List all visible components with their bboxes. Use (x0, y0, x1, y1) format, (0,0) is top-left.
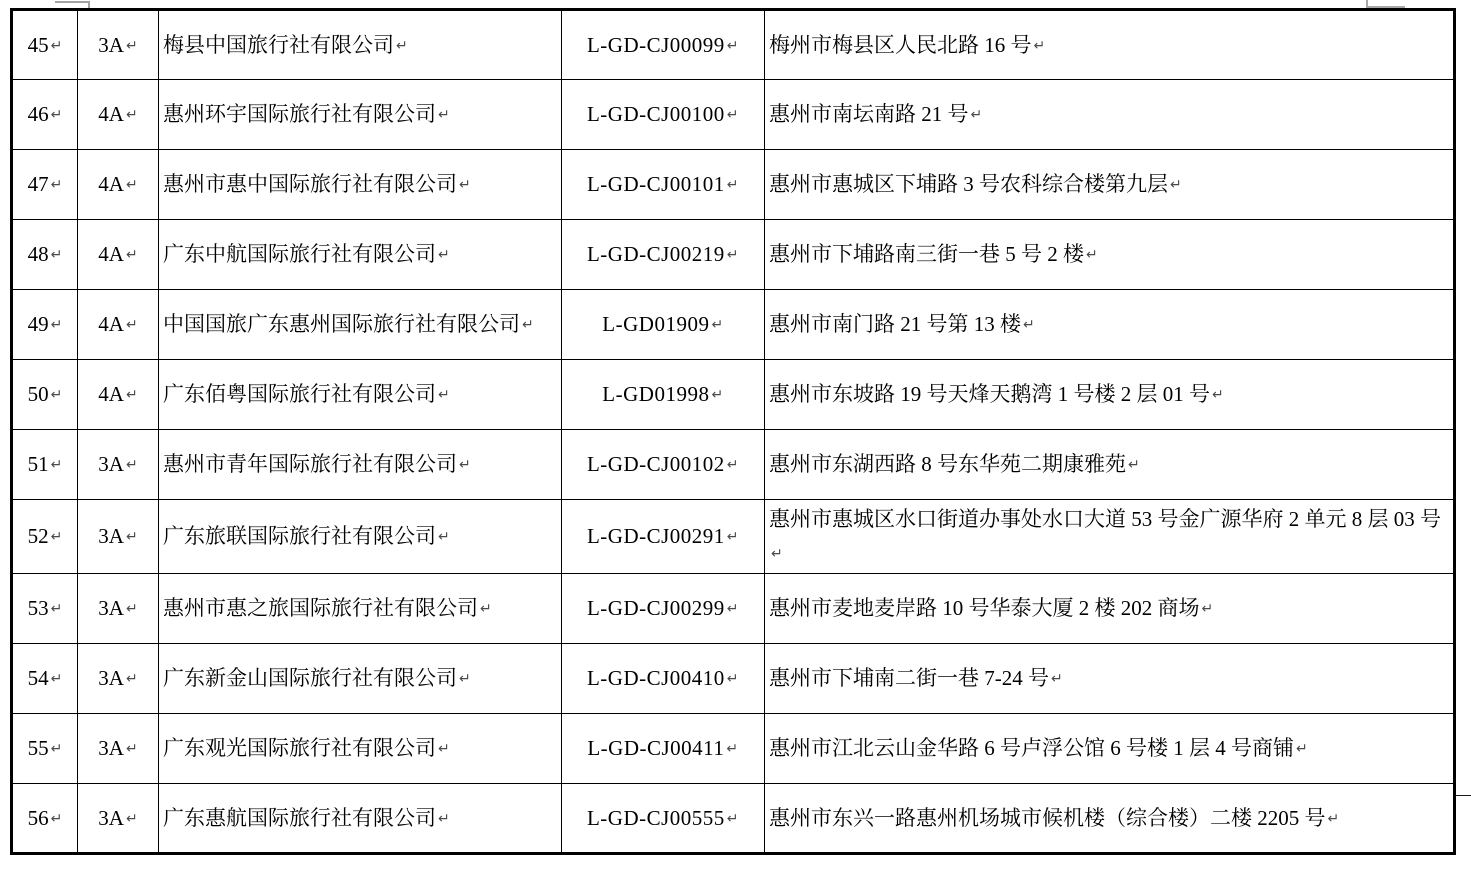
license-code-text: L-GD-CJ00100 (587, 102, 725, 126)
paragraph-mark-icon: ↵ (51, 529, 63, 545)
table-row: 56↵ 3A↵ 广东惠航国际旅行社有限公司↵ L-GD-CJ00555↵ 惠州市… (12, 784, 1455, 854)
cell-agency-name[interactable]: 广东佰粤国际旅行社有限公司↵ (159, 360, 562, 430)
paragraph-mark-icon: ↵ (51, 741, 63, 757)
paragraph-mark-icon: ↵ (126, 177, 138, 193)
cell-address[interactable]: 惠州市江北云山金华路 6 号卢浮公馆 6 号楼 1 层 4 号商铺↵ (765, 714, 1455, 784)
cell-agency-name[interactable]: 梅县中国旅行社有限公司↵ (159, 10, 562, 80)
cutoff-artifact-right (1366, 0, 1405, 8)
paragraph-mark-icon: ↵ (51, 317, 63, 333)
cell-agency-name[interactable]: 惠州市青年国际旅行社有限公司↵ (159, 430, 562, 500)
paragraph-mark-icon: ↵ (480, 601, 492, 617)
cell-agency-name[interactable]: 广东旅联国际旅行社有限公司↵ (159, 500, 562, 574)
cell-row-number[interactable]: 49↵ (12, 290, 78, 360)
row-number-text: 52 (28, 524, 49, 548)
cell-grade[interactable]: 3A↵ (78, 574, 159, 644)
paragraph-mark-icon: ↵ (126, 671, 138, 687)
cell-agency-name[interactable]: 广东惠航国际旅行社有限公司↵ (159, 784, 562, 854)
paragraph-mark-icon: ↵ (396, 38, 408, 54)
agency-name-text: 惠州市青年国际旅行社有限公司 (163, 452, 457, 476)
cell-row-number[interactable]: 48↵ (12, 220, 78, 290)
table-row: 55↵ 3A↵ 广东观光国际旅行社有限公司↵ L-GD-CJ00411↵ 惠州市… (12, 714, 1455, 784)
paragraph-mark-icon: ↵ (126, 38, 138, 54)
paragraph-mark-icon: ↵ (438, 741, 450, 757)
grade-text: 3A (98, 596, 124, 620)
license-code-text: L-GD01909 (602, 312, 709, 336)
cell-license-code[interactable]: L-GD-CJ00410↵ (562, 644, 765, 714)
cell-row-number[interactable]: 55↵ (12, 714, 78, 784)
agency-name-text: 广东惠航国际旅行社有限公司 (163, 806, 436, 830)
cell-address[interactable]: 惠州市麦地麦岸路 10 号华泰大厦 2 楼 202 商场↵ (765, 574, 1455, 644)
paragraph-mark-icon: ↵ (711, 317, 723, 333)
license-code-text: L-GD-CJ00102 (587, 452, 725, 476)
paragraph-mark-icon: ↵ (727, 107, 739, 123)
address-text: 惠州市下埔路南三街一巷 5 号 2 楼 (769, 242, 1084, 266)
address-text: 梅州市梅县区人民北路 16 号 (769, 33, 1032, 57)
cell-license-code[interactable]: L-GD-CJ00101↵ (562, 150, 765, 220)
cell-agency-name[interactable]: 广东中航国际旅行社有限公司↵ (159, 220, 562, 290)
grade-text: 4A (98, 102, 124, 126)
paragraph-mark-icon: ↵ (1202, 601, 1214, 617)
cell-agency-name[interactable]: 广东观光国际旅行社有限公司↵ (159, 714, 562, 784)
table-row: 53↵ 3A↵ 惠州市惠之旅国际旅行社有限公司↵ L-GD-CJ00299↵ 惠… (12, 574, 1455, 644)
table-row: 52↵ 3A↵ 广东旅联国际旅行社有限公司↵ L-GD-CJ00291↵ 惠州市… (12, 500, 1455, 574)
grade-text: 3A (98, 736, 124, 760)
address-text: 惠州市南坛南路 21 号 (769, 102, 969, 126)
cell-agency-name[interactable]: 广东新金山国际旅行社有限公司↵ (159, 644, 562, 714)
paragraph-mark-icon: ↵ (727, 177, 739, 193)
travel-agency-table: 45↵ 3A↵ 梅县中国旅行社有限公司↵ L-GD-CJ00099↵ 梅州市梅县… (10, 8, 1456, 855)
cell-license-code[interactable]: L-GD-CJ00099↵ (562, 10, 765, 80)
paragraph-mark-icon: ↵ (1051, 671, 1063, 687)
paragraph-mark-icon: ↵ (438, 529, 450, 545)
paragraph-mark-icon: ↵ (522, 317, 534, 333)
paragraph-mark-icon: ↵ (1023, 317, 1035, 333)
gridline-overshoot-artifact (1455, 795, 1471, 796)
paragraph-mark-icon: ↵ (126, 317, 138, 333)
paragraph-mark-icon: ↵ (51, 177, 63, 193)
address-text: 惠州市南门路 21 号第 13 楼 (769, 312, 1021, 336)
agency-name-text: 广东中航国际旅行社有限公司 (163, 242, 436, 266)
row-number-text: 56 (28, 806, 49, 830)
paragraph-mark-icon: ↵ (1328, 811, 1340, 827)
address-text: 惠州市下埔南二街一巷 7-24 号 (769, 666, 1049, 690)
cell-grade[interactable]: 4A↵ (78, 80, 159, 150)
paragraph-mark-icon: ↵ (771, 546, 783, 562)
cell-row-number[interactable]: 45↵ (12, 10, 78, 80)
paragraph-mark-icon: ↵ (51, 387, 63, 403)
address-text: 惠州市东兴一路惠州机场城市候机楼（综合楼）二楼 2205 号 (769, 806, 1326, 830)
cell-agency-name[interactable]: 惠州市惠中国际旅行社有限公司↵ (159, 150, 562, 220)
paragraph-mark-icon: ↵ (459, 177, 471, 193)
table-row: 47↵ 4A↵ 惠州市惠中国际旅行社有限公司↵ L-GD-CJ00101↵ 惠州… (12, 150, 1455, 220)
cell-grade[interactable]: 4A↵ (78, 150, 159, 220)
cell-address[interactable]: 惠州市惠城区水口街道办事处水口大道 53 号金广源华府 2 单元 8 层 03 … (765, 500, 1455, 574)
cell-license-code[interactable]: L-GD-CJ00219↵ (562, 220, 765, 290)
paragraph-mark-icon: ↵ (126, 107, 138, 123)
license-code-text: L-GD-CJ00291 (587, 524, 725, 548)
agency-name-text: 惠州市惠之旅国际旅行社有限公司 (163, 596, 478, 620)
paragraph-mark-icon: ↵ (727, 671, 739, 687)
agency-name-text: 广东旅联国际旅行社有限公司 (163, 524, 436, 548)
license-code-text: L-GD-CJ00555 (587, 806, 725, 830)
cell-license-code[interactable]: L-GD01998↵ (562, 360, 765, 430)
cell-grade[interactable]: 3A↵ (78, 714, 159, 784)
cell-license-code[interactable]: L-GD-CJ00411↵ (562, 714, 765, 784)
cell-row-number[interactable]: 50↵ (12, 360, 78, 430)
paragraph-mark-icon: ↵ (126, 811, 138, 827)
paragraph-mark-icon: ↵ (126, 247, 138, 263)
row-number-text: 53 (28, 596, 49, 620)
license-code-text: L-GD-CJ00219 (587, 242, 725, 266)
cell-address[interactable]: 惠州市南坛南路 21 号↵ (765, 80, 1455, 150)
cell-grade[interactable]: 4A↵ (78, 290, 159, 360)
cell-row-number[interactable]: 54↵ (12, 644, 78, 714)
table-row: 45↵ 3A↵ 梅县中国旅行社有限公司↵ L-GD-CJ00099↵ 梅州市梅县… (12, 10, 1455, 80)
grade-text: 3A (98, 452, 124, 476)
paragraph-mark-icon: ↵ (726, 741, 738, 757)
paragraph-mark-icon: ↵ (51, 38, 63, 54)
license-code-text: L-GD-CJ00411 (587, 736, 724, 760)
cell-row-number[interactable]: 47↵ (12, 150, 78, 220)
address-text: 惠州市惠城区下埔路 3 号农科综合楼第九层 (769, 172, 1168, 196)
cell-address[interactable]: 惠州市东兴一路惠州机场城市候机楼（综合楼）二楼 2205 号↵ (765, 784, 1455, 854)
cell-address[interactable]: 惠州市惠城区下埔路 3 号农科综合楼第九层↵ (765, 150, 1455, 220)
paragraph-mark-icon: ↵ (459, 671, 471, 687)
paragraph-mark-icon: ↵ (727, 247, 739, 263)
cell-grade[interactable]: 3A↵ (78, 500, 159, 574)
address-text: 惠州市惠城区水口街道办事处水口大道 53 号金广源华府 2 单元 8 层 03 … (769, 507, 1441, 531)
grade-text: 3A (98, 666, 124, 690)
cell-address[interactable]: 惠州市下埔路南三街一巷 5 号 2 楼↵ (765, 220, 1455, 290)
paragraph-mark-icon: ↵ (438, 811, 450, 827)
paragraph-mark-icon: ↵ (51, 457, 63, 473)
paragraph-mark-icon: ↵ (1034, 38, 1046, 54)
cell-row-number[interactable]: 53↵ (12, 574, 78, 644)
paragraph-mark-icon: ↵ (459, 457, 471, 473)
cell-grade[interactable]: 3A↵ (78, 430, 159, 500)
agency-name-text: 惠州环宇国际旅行社有限公司 (163, 102, 436, 126)
paragraph-mark-icon: ↵ (727, 38, 739, 54)
paragraph-mark-icon: ↵ (727, 811, 739, 827)
license-code-text: L-GD-CJ00410 (587, 666, 725, 690)
grade-text: 4A (98, 382, 124, 406)
license-code-text: L-GD01998 (602, 382, 709, 406)
cell-row-number[interactable]: 56↵ (12, 784, 78, 854)
paragraph-mark-icon: ↵ (126, 601, 138, 617)
cell-agency-name[interactable]: 惠州市惠之旅国际旅行社有限公司↵ (159, 574, 562, 644)
paragraph-mark-icon: ↵ (126, 741, 138, 757)
cell-address[interactable]: 惠州市南门路 21 号第 13 楼↵ (765, 290, 1455, 360)
paragraph-mark-icon: ↵ (126, 529, 138, 545)
grade-text: 3A (98, 33, 124, 57)
cell-license-code[interactable]: L-GD-CJ00100↵ (562, 80, 765, 150)
grade-text: 4A (98, 172, 124, 196)
address-text: 惠州市江北云山金华路 6 号卢浮公馆 6 号楼 1 层 4 号商铺 (769, 736, 1294, 760)
cell-grade[interactable]: 4A↵ (78, 360, 159, 430)
cell-address[interactable]: 惠州市下埔南二街一巷 7-24 号↵ (765, 644, 1455, 714)
paragraph-mark-icon: ↵ (1128, 457, 1140, 473)
paragraph-mark-icon: ↵ (727, 529, 739, 545)
paragraph-mark-icon: ↵ (1296, 741, 1308, 757)
paragraph-mark-icon: ↵ (1170, 177, 1182, 193)
table-row: 49↵ 4A↵ 中国国旅广东惠州国际旅行社有限公司↵ L-GD01909↵ 惠州… (12, 290, 1455, 360)
paragraph-mark-icon: ↵ (51, 811, 63, 827)
row-number-text: 54 (28, 666, 49, 690)
cell-grade[interactable]: 4A↵ (78, 220, 159, 290)
paragraph-mark-icon: ↵ (971, 107, 983, 123)
paragraph-mark-icon: ↵ (727, 601, 739, 617)
address-text: 惠州市东湖西路 8 号东华苑二期康雅苑 (769, 452, 1126, 476)
travel-agency-table-body: 45↵ 3A↵ 梅县中国旅行社有限公司↵ L-GD-CJ00099↵ 梅州市梅县… (12, 10, 1455, 854)
cell-grade[interactable]: 3A↵ (78, 10, 159, 80)
table-row: 51↵ 3A↵ 惠州市青年国际旅行社有限公司↵ L-GD-CJ00102↵ 惠州… (12, 430, 1455, 500)
table-row: 50↵ 4A↵ 广东佰粤国际旅行社有限公司↵ L-GD01998↵ 惠州市东坡路… (12, 360, 1455, 430)
agency-name-text: 广东新金山国际旅行社有限公司 (163, 666, 457, 690)
license-code-text: L-GD-CJ00299 (587, 596, 725, 620)
grade-text: 4A (98, 242, 124, 266)
paragraph-mark-icon: ↵ (1086, 247, 1098, 263)
cell-license-code[interactable]: L-GD-CJ00291↵ (562, 500, 765, 574)
paragraph-mark-icon: ↵ (438, 107, 450, 123)
paragraph-mark-icon: ↵ (51, 247, 63, 263)
grade-text: 4A (98, 312, 124, 336)
agency-name-text: 中国国旅广东惠州国际旅行社有限公司 (163, 312, 520, 336)
cell-row-number[interactable]: 46↵ (12, 80, 78, 150)
paragraph-mark-icon: ↵ (126, 387, 138, 403)
paragraph-mark-icon: ↵ (1212, 387, 1224, 403)
license-code-text: L-GD-CJ00101 (587, 172, 725, 196)
agency-name-text: 梅县中国旅行社有限公司 (163, 33, 394, 57)
cell-license-code[interactable]: L-GD-CJ00299↵ (562, 574, 765, 644)
cell-row-number[interactable]: 52↵ (12, 500, 78, 574)
cell-address[interactable]: 惠州市东湖西路 8 号东华苑二期康雅苑↵ (765, 430, 1455, 500)
paragraph-mark-icon: ↵ (711, 387, 723, 403)
cell-license-code[interactable]: L-GD-CJ00555↵ (562, 784, 765, 854)
grade-text: 3A (98, 806, 124, 830)
agency-name-text: 广东观光国际旅行社有限公司 (163, 736, 436, 760)
paragraph-mark-icon: ↵ (727, 457, 739, 473)
cell-license-code[interactable]: L-GD-CJ00102↵ (562, 430, 765, 500)
row-number-text: 47 (28, 172, 49, 196)
paragraph-mark-icon: ↵ (126, 457, 138, 473)
cell-row-number[interactable]: 51↵ (12, 430, 78, 500)
row-number-text: 51 (28, 452, 49, 476)
table-row: 54↵ 3A↵ 广东新金山国际旅行社有限公司↵ L-GD-CJ00410↵ 惠州… (12, 644, 1455, 714)
grade-text: 3A (98, 524, 124, 548)
address-text: 惠州市东坡路 19 号天烽天鹅湾 1 号楼 2 层 01 号 (769, 382, 1210, 406)
row-number-text: 45 (28, 33, 49, 57)
cell-grade[interactable]: 3A↵ (78, 784, 159, 854)
paragraph-mark-icon: ↵ (438, 247, 450, 263)
paragraph-mark-icon: ↵ (51, 107, 63, 123)
row-number-text: 48 (28, 242, 49, 266)
address-text: 惠州市麦地麦岸路 10 号华泰大厦 2 楼 202 商场 (769, 596, 1200, 620)
cell-agency-name[interactable]: 惠州环宇国际旅行社有限公司↵ (159, 80, 562, 150)
cell-agency-name[interactable]: 中国国旅广东惠州国际旅行社有限公司↵ (159, 290, 562, 360)
row-number-text: 49 (28, 312, 49, 336)
paragraph-mark-icon: ↵ (51, 671, 63, 687)
cell-license-code[interactable]: L-GD01909↵ (562, 290, 765, 360)
agency-name-text: 广东佰粤国际旅行社有限公司 (163, 382, 436, 406)
license-code-text: L-GD-CJ00099 (587, 33, 725, 57)
paragraph-mark-icon: ↵ (438, 387, 450, 403)
row-number-text: 55 (28, 736, 49, 760)
paragraph-mark-icon: ↵ (51, 601, 63, 617)
row-number-text: 50 (28, 382, 49, 406)
cell-grade[interactable]: 3A↵ (78, 644, 159, 714)
table-row: 48↵ 4A↵ 广东中航国际旅行社有限公司↵ L-GD-CJ00219↵ 惠州市… (12, 220, 1455, 290)
table-row: 46↵ 4A↵ 惠州环宇国际旅行社有限公司↵ L-GD-CJ00100↵ 惠州市… (12, 80, 1455, 150)
document-page: 45↵ 3A↵ 梅县中国旅行社有限公司↵ L-GD-CJ00099↵ 梅州市梅县… (0, 0, 1471, 884)
agency-name-text: 惠州市惠中国际旅行社有限公司 (163, 172, 457, 196)
cell-address[interactable]: 梅州市梅县区人民北路 16 号↵ (765, 10, 1455, 80)
cell-address[interactable]: 惠州市东坡路 19 号天烽天鹅湾 1 号楼 2 层 01 号↵ (765, 360, 1455, 430)
row-number-text: 46 (28, 102, 49, 126)
